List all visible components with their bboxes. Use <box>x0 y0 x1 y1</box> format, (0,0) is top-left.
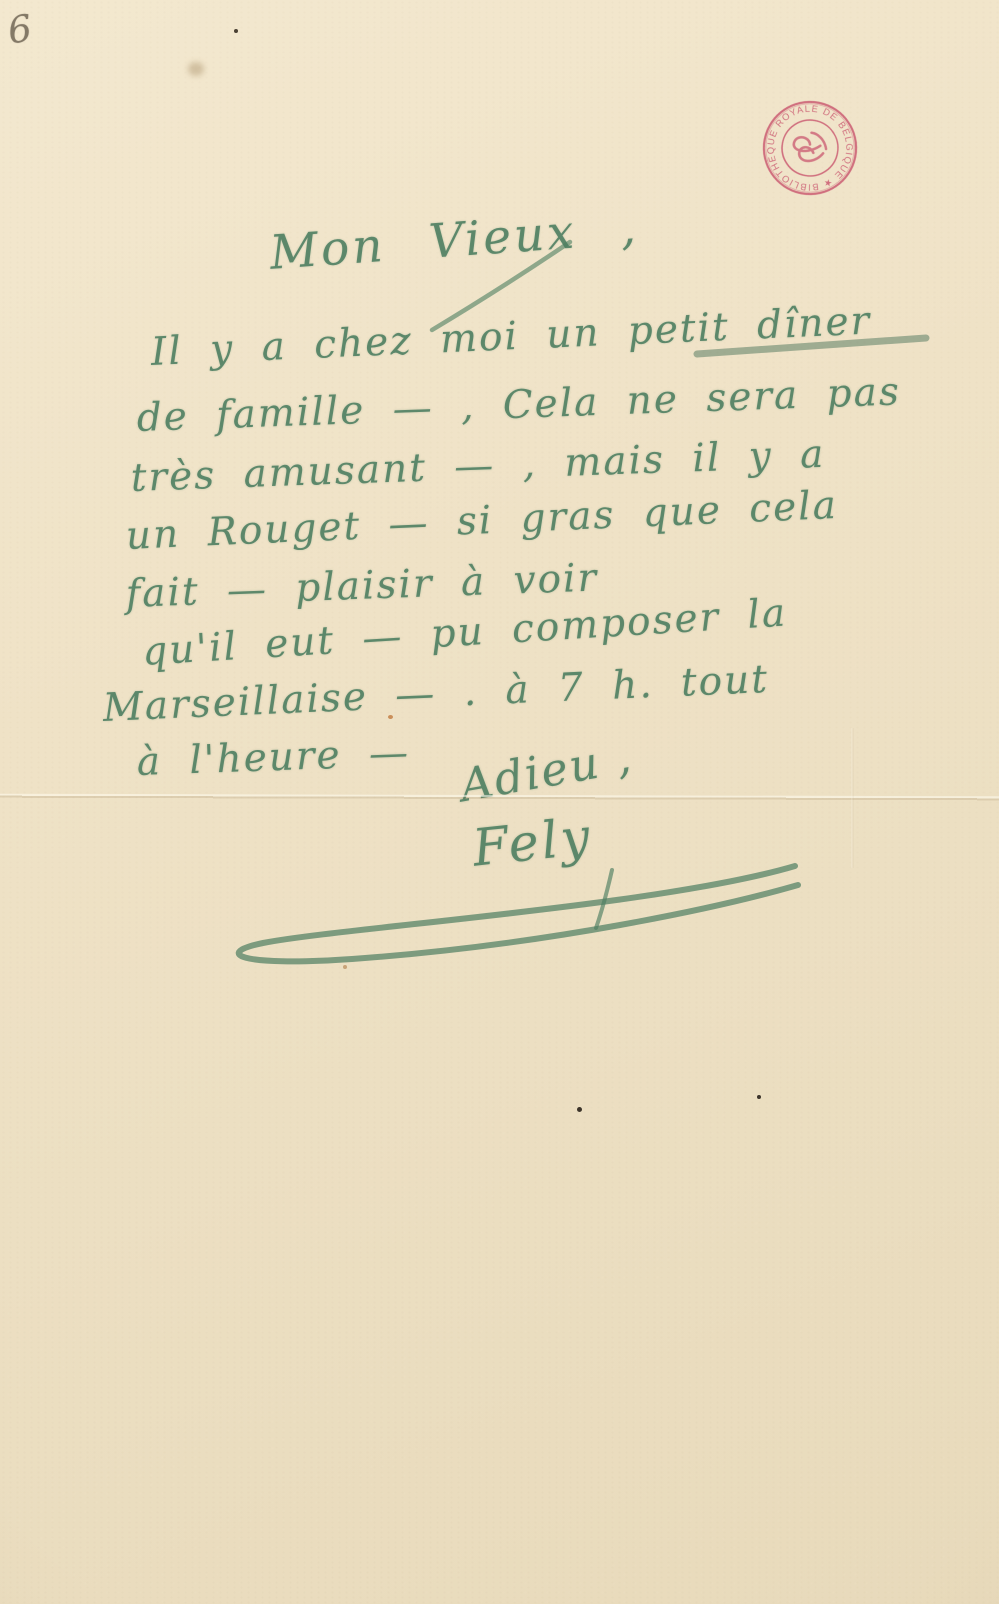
body-line-2: de famille — , Cela ne sera pas <box>136 369 902 441</box>
body-line-1: Il y a chez moi un petit dîner <box>150 299 872 375</box>
foxing-speck <box>343 965 347 969</box>
letter-page: 6 ★ BIBLIOTHÈQUE ROYALE DE BELGIQUE Mon … <box>0 0 999 1604</box>
foxing-smudge <box>188 62 204 76</box>
foxing-speck <box>234 29 238 33</box>
foxing-speck <box>757 1095 761 1099</box>
salutation: Mon Vieux , <box>268 200 640 281</box>
signature: Fely <box>470 807 595 878</box>
foxing-speck <box>388 715 393 719</box>
stamp-monogram <box>790 127 829 166</box>
library-stamp-icon: ★ BIBLIOTHÈQUE ROYALE DE BELGIQUE <box>742 80 878 216</box>
body-line-8: à l'heure — <box>136 730 411 785</box>
signature-descender <box>596 870 612 928</box>
fold-crease-vertical <box>851 728 854 868</box>
page-number-pencil: 6 <box>5 7 34 53</box>
foxing-speck <box>577 1107 582 1112</box>
signature-flourish <box>239 866 798 961</box>
